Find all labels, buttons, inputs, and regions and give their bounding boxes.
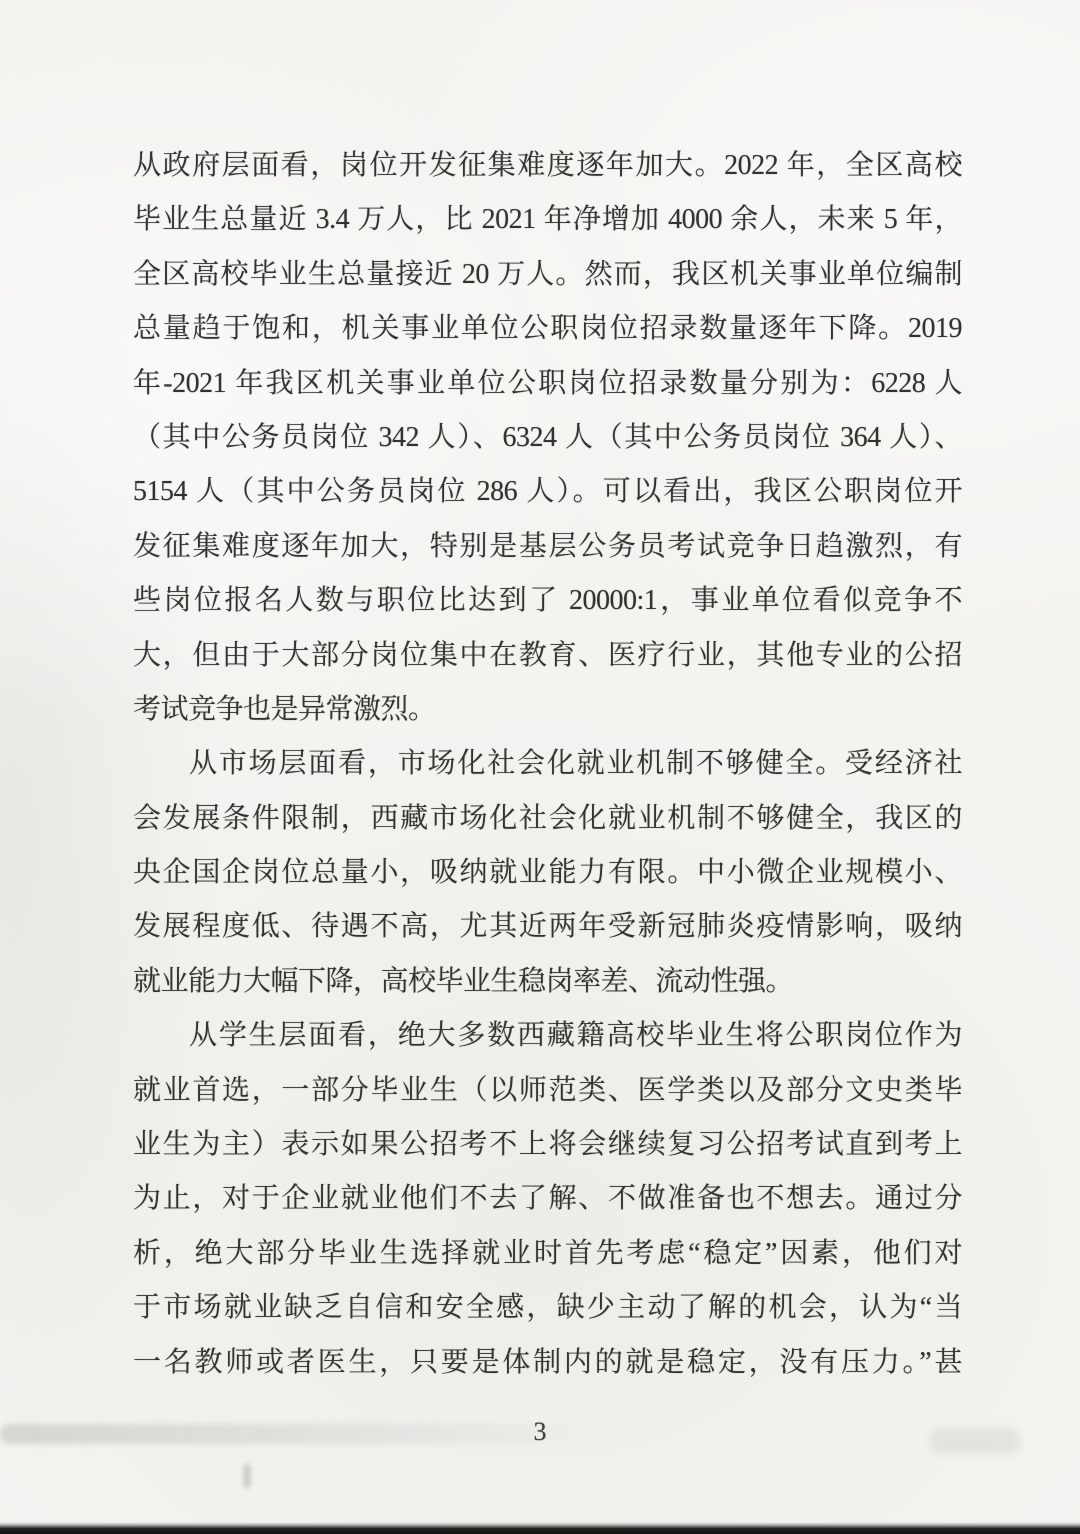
scan-edge-bar: [0, 1522, 1080, 1534]
text-line: 从市场层面看，市场化社会化就业机制不够健全。受经济社: [133, 737, 962, 791]
text-line: 就业首选，一部分毕业生（以师范类、医学类以及部分文史类毕: [133, 1064, 962, 1118]
text-line: 业生为主）表示如果公招考不上将会继续复习公招考试直到考上: [133, 1118, 962, 1172]
text-line: 些岗位报名人数与职位比达到了 20000:1，事业单位看似竞争不: [133, 574, 962, 628]
text-line: 为止，对于企业就业他们不去了解、不做准备也不想去。通过分: [133, 1172, 962, 1226]
text-line: 从政府层面看，岗位开发征集难度逐年加大。2022 年，全区高校: [133, 139, 962, 193]
scan-artifact-mark: [243, 1464, 251, 1488]
text-line: 考试竞争也是异常激烈。: [133, 683, 962, 737]
text-line: 发征集难度逐年加大，特别是基层公务员考试竞争日趋激烈，有: [133, 520, 962, 574]
text-line: 央企国企岗位总量小，吸纳就业能力有限。中小微企业规模小、: [133, 846, 962, 900]
text-line: 于市场就业缺乏自信和安全感，缺少主动了解的机会，认为“当: [133, 1281, 962, 1335]
text-line: 大，但由于大部分岗位集中在教育、医疗行业，其他专业的公招: [133, 629, 962, 683]
text-line: 一名教师或者医生，只要是体制内的就是稳定，没有压力。”甚: [133, 1336, 962, 1390]
text-line: 发展程度低、待遇不高，尤其近两年受新冠肺炎疫情影响，吸纳: [133, 900, 962, 954]
body-text: 从政府层面看，岗位开发征集难度逐年加大。2022 年，全区高校 毕业生总量近 3…: [133, 139, 962, 1390]
scan-artifact-smudge: [0, 1424, 600, 1444]
text-line: （其中公务员岗位 342 人）、6324 人（其中公务员岗位 364 人）、: [133, 411, 962, 465]
text-line: 析，绝大部分毕业生选择就业时首先考虑“稳定”因素，他们对: [133, 1227, 962, 1281]
text-line: 全区高校毕业生总量接近 20 万人。然而，我区机关事业单位编制: [133, 248, 962, 302]
scan-artifact-patch: [930, 1428, 1020, 1454]
text-line: 毕业生总量近 3.4 万人，比 2021 年净增加 4000 余人，未来 5 年…: [133, 193, 962, 247]
text-line: 总量趋于饱和，机关事业单位公职岗位招录数量逐年下降。2019: [133, 302, 962, 356]
text-line: 5154 人（其中公务员岗位 286 人）。可以看出，我区公职岗位开: [133, 465, 962, 519]
text-line: 从学生层面看，绝大多数西藏籍高校毕业生将公职岗位作为: [133, 1009, 962, 1063]
text-line: 就业能力大幅下降，高校毕业生稳岗率差、流动性强。: [133, 955, 962, 1009]
text-line: 会发展条件限制，西藏市场化社会化就业机制不够健全，我区的: [133, 792, 962, 846]
scanned-document-page: 从政府层面看，岗位开发征集难度逐年加大。2022 年，全区高校 毕业生总量近 3…: [0, 0, 1080, 1534]
text-line: 年-2021 年我区机关事业单位公职岗位招录数量分别为：6228 人: [133, 357, 962, 411]
